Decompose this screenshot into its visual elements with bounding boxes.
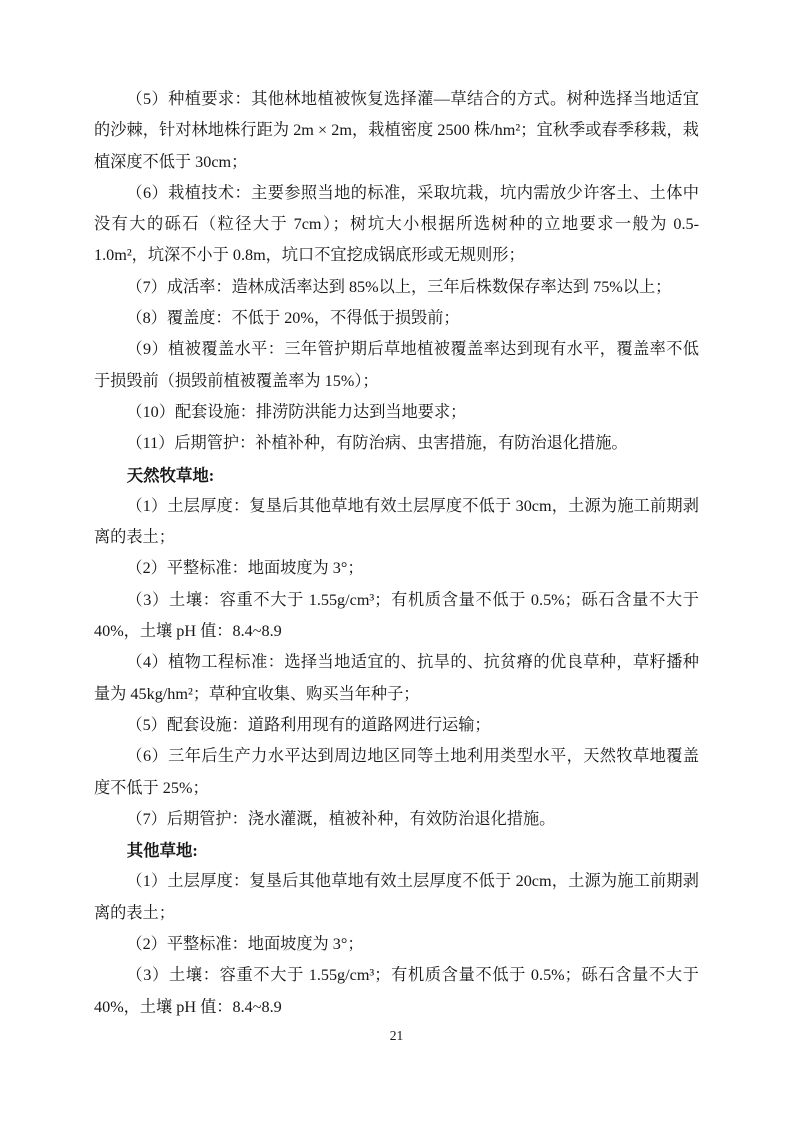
document-page: （5）种植要求：其他林地植被恢复选择灌—草结合的方式。树种选择当地适宜的沙棘，针… [0, 0, 793, 1122]
paragraph: （10）配套设施：排涝防洪能力达到当地要求； [94, 397, 699, 428]
paragraph: （11）后期管护：补植补种，有防治病、虫害措施，有防治退化措施。 [94, 428, 699, 459]
paragraph: （2）平整标准：地面坡度为 3°； [94, 553, 699, 584]
paragraph: （6）三年后生产力水平达到周边地区同等土地利用类型水平，天然牧草地覆盖度不低于 … [94, 741, 699, 804]
page-number: 21 [0, 1026, 793, 1046]
document-body: （5）种植要求：其他林地植被恢复选择灌—草结合的方式。树种选择当地适宜的沙棘，针… [94, 84, 699, 1023]
paragraph: （6）栽植技术：主要参照当地的标准，采取坑栽，坑内需放少许客土、土体中没有大的砾… [94, 178, 699, 272]
paragraph: （2）平整标准：地面坡度为 3°； [94, 929, 699, 960]
paragraph: （5）种植要求：其他林地植被恢复选择灌—草结合的方式。树种选择当地适宜的沙棘，针… [94, 84, 699, 178]
section-heading: 天然牧草地: [94, 460, 699, 491]
paragraph: （3）土壤：容重不大于 1.55g/cm³；有机质含量不低于 0.5%；砾石含量… [94, 960, 699, 1023]
paragraph: （4）植物工程标准：选择当地适宜的、抗旱的、抗贫瘠的优良草种，草籽播种量为 45… [94, 647, 699, 710]
section-heading: 其他草地: [94, 835, 699, 866]
paragraph: （3）土壤：容重不大于 1.55g/cm³；有机质含量不低于 0.5%；砾石含量… [94, 585, 699, 648]
paragraph: （1）土层厚度：复垦后其他草地有效土层厚度不低于 20cm，土源为施工前期剥离的… [94, 866, 699, 929]
paragraph: （8）覆盖度：不低于 20%，不得低于损毁前； [94, 303, 699, 334]
paragraph: （5）配套设施：道路利用现有的道路网进行运输； [94, 710, 699, 741]
paragraph: （9）植被覆盖水平：三年管护期后草地植被覆盖率达到现有水平，覆盖率不低于损毁前（… [94, 334, 699, 397]
paragraph: （7）后期管护：浇水灌溉，植被补种，有效防治退化措施。 [94, 804, 699, 835]
paragraph: （1）土层厚度：复垦后其他草地有效土层厚度不低于 30cm，土源为施工前期剥离的… [94, 491, 699, 554]
paragraph: （7）成活率：造林成活率达到 85%以上，三年后株数保存率达到 75%以上； [94, 272, 699, 303]
